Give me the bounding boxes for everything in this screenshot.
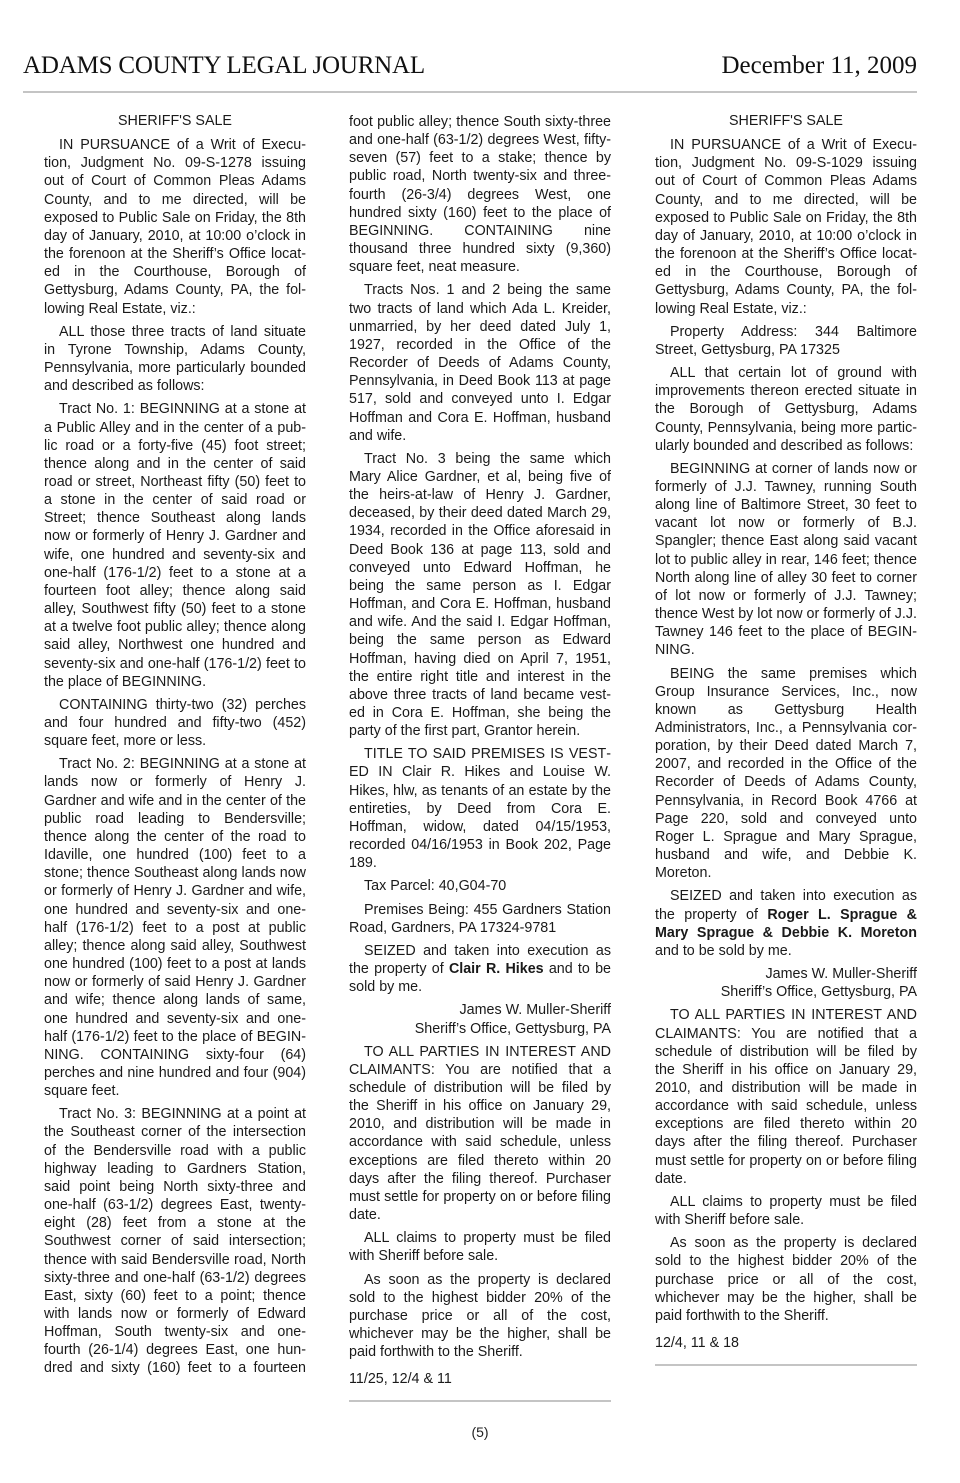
notice-1-title-vested: TITLE TO SAID PREMISES IS VEST­ED IN Cla… — [349, 745, 611, 872]
notice-2-signature-name: James W. Muller-Sheriff — [655, 965, 917, 983]
notice-2-heading: SHERIFF'S SALE — [655, 112, 917, 130]
notice-2-signature-office: Sheriff’s Office, Gettysburg, PA — [655, 983, 917, 1001]
journal-header: ADAMS COUNTY LEGAL JOURNAL December 11, … — [23, 52, 917, 92]
notice-2-as-soon: As soon as the property is declared sold… — [655, 1234, 917, 1325]
page-number: (5) — [0, 1424, 960, 1440]
notice-2-being: BEING the same premises which Group Insu… — [655, 665, 917, 883]
issue-date: December 11, 2009 — [721, 52, 917, 80]
column-2: foot public alley; thence South sixty-th… — [349, 113, 611, 1402]
notice-2-beginning: BEGINNING at corner of lands now or form… — [655, 460, 917, 660]
notice-1-publication-dates: 11/25, 12/4 & 11 — [349, 1370, 611, 1388]
notice-1-heading: SHERIFF'S SALE — [44, 112, 306, 130]
notice-1-tax-parcel: Tax Parcel: 40,G04-70 — [349, 877, 611, 895]
notice-1-tract-3-part-1: Tract No. 3: BEGINNING at a point at the… — [44, 1105, 306, 1377]
notice-1-all-claims: ALL claims to property must be filed wit… — [349, 1229, 611, 1265]
notice-1-signature-office: Sheriff’s Office, Gettysburg, PA — [349, 1020, 611, 1038]
notice-1-all-tracts: ALL those three tracts of land situate i… — [44, 323, 306, 396]
notice-1-premises: Premises Being: 455 Gardners Station Roa… — [349, 901, 611, 937]
notice-1-seized: SEIZED and taken into execution as the p… — [349, 942, 611, 996]
notice-1-tract-3-history: Tract No. 3 being the same which Mary Al… — [349, 450, 611, 741]
notice-2-intro: IN PURSUANCE of a Writ of Execu­tion, Ju… — [655, 136, 917, 318]
notice-2-all-claims: ALL claims to property must be filed wit… — [655, 1193, 917, 1229]
header-rule — [23, 91, 917, 93]
notice-1-end-rule — [349, 1400, 611, 1402]
notice-1-tracts-1-2-history: Tracts Nos. 1 and 2 being the same two t… — [349, 281, 611, 444]
seized-owner: Clair R. Hikes — [449, 961, 544, 977]
notice-2-publication-dates: 12/4, 11 & 18 — [655, 1334, 917, 1352]
notice-1-as-soon: As soon as the property is declared sold… — [349, 1271, 611, 1362]
notice-1-tract-1-containing: CONTAINING thirty-two (32) perches and f… — [44, 696, 306, 750]
notice-1-tract-3-part-2: foot public alley; thence South sixty-th… — [349, 113, 611, 276]
column-1: SHERIFF'S SALE IN PURSUANCE of a Writ of… — [44, 112, 306, 1383]
seized-suffix: and to be sold by me. — [655, 943, 792, 959]
notice-2-to-all-parties: TO ALL PARTIES IN INTEREST AND CLAIMANTS… — [655, 1006, 917, 1188]
notice-2-all-lot: ALL that certain lot of ground with impr… — [655, 364, 917, 455]
column-3: SHERIFF'S SALE IN PURSUANCE of a Writ of… — [655, 112, 917, 1366]
journal-title: ADAMS COUNTY LEGAL JOURNAL — [23, 52, 425, 80]
notice-1-signature-name: James W. Muller-Sheriff — [349, 1001, 611, 1019]
notice-2-property-address: Property Address: 344 Baltimore Street, … — [655, 323, 917, 359]
notice-1-to-all-parties: TO ALL PARTIES IN INTEREST AND CLAIMANTS… — [349, 1043, 611, 1225]
notice-1-tract-1: Tract No. 1: BEGINNING at a stone at a P… — [44, 400, 306, 691]
notice-2-seized: SEIZED and taken into execution as the p… — [655, 887, 917, 960]
notice-1-intro: IN PURSUANCE of a Writ of Execu­tion, Ju… — [44, 136, 306, 318]
notice-2-end-rule — [655, 1364, 917, 1366]
notice-1-tract-2: Tract No. 2: BEGINNING at a stone at lan… — [44, 755, 306, 1100]
